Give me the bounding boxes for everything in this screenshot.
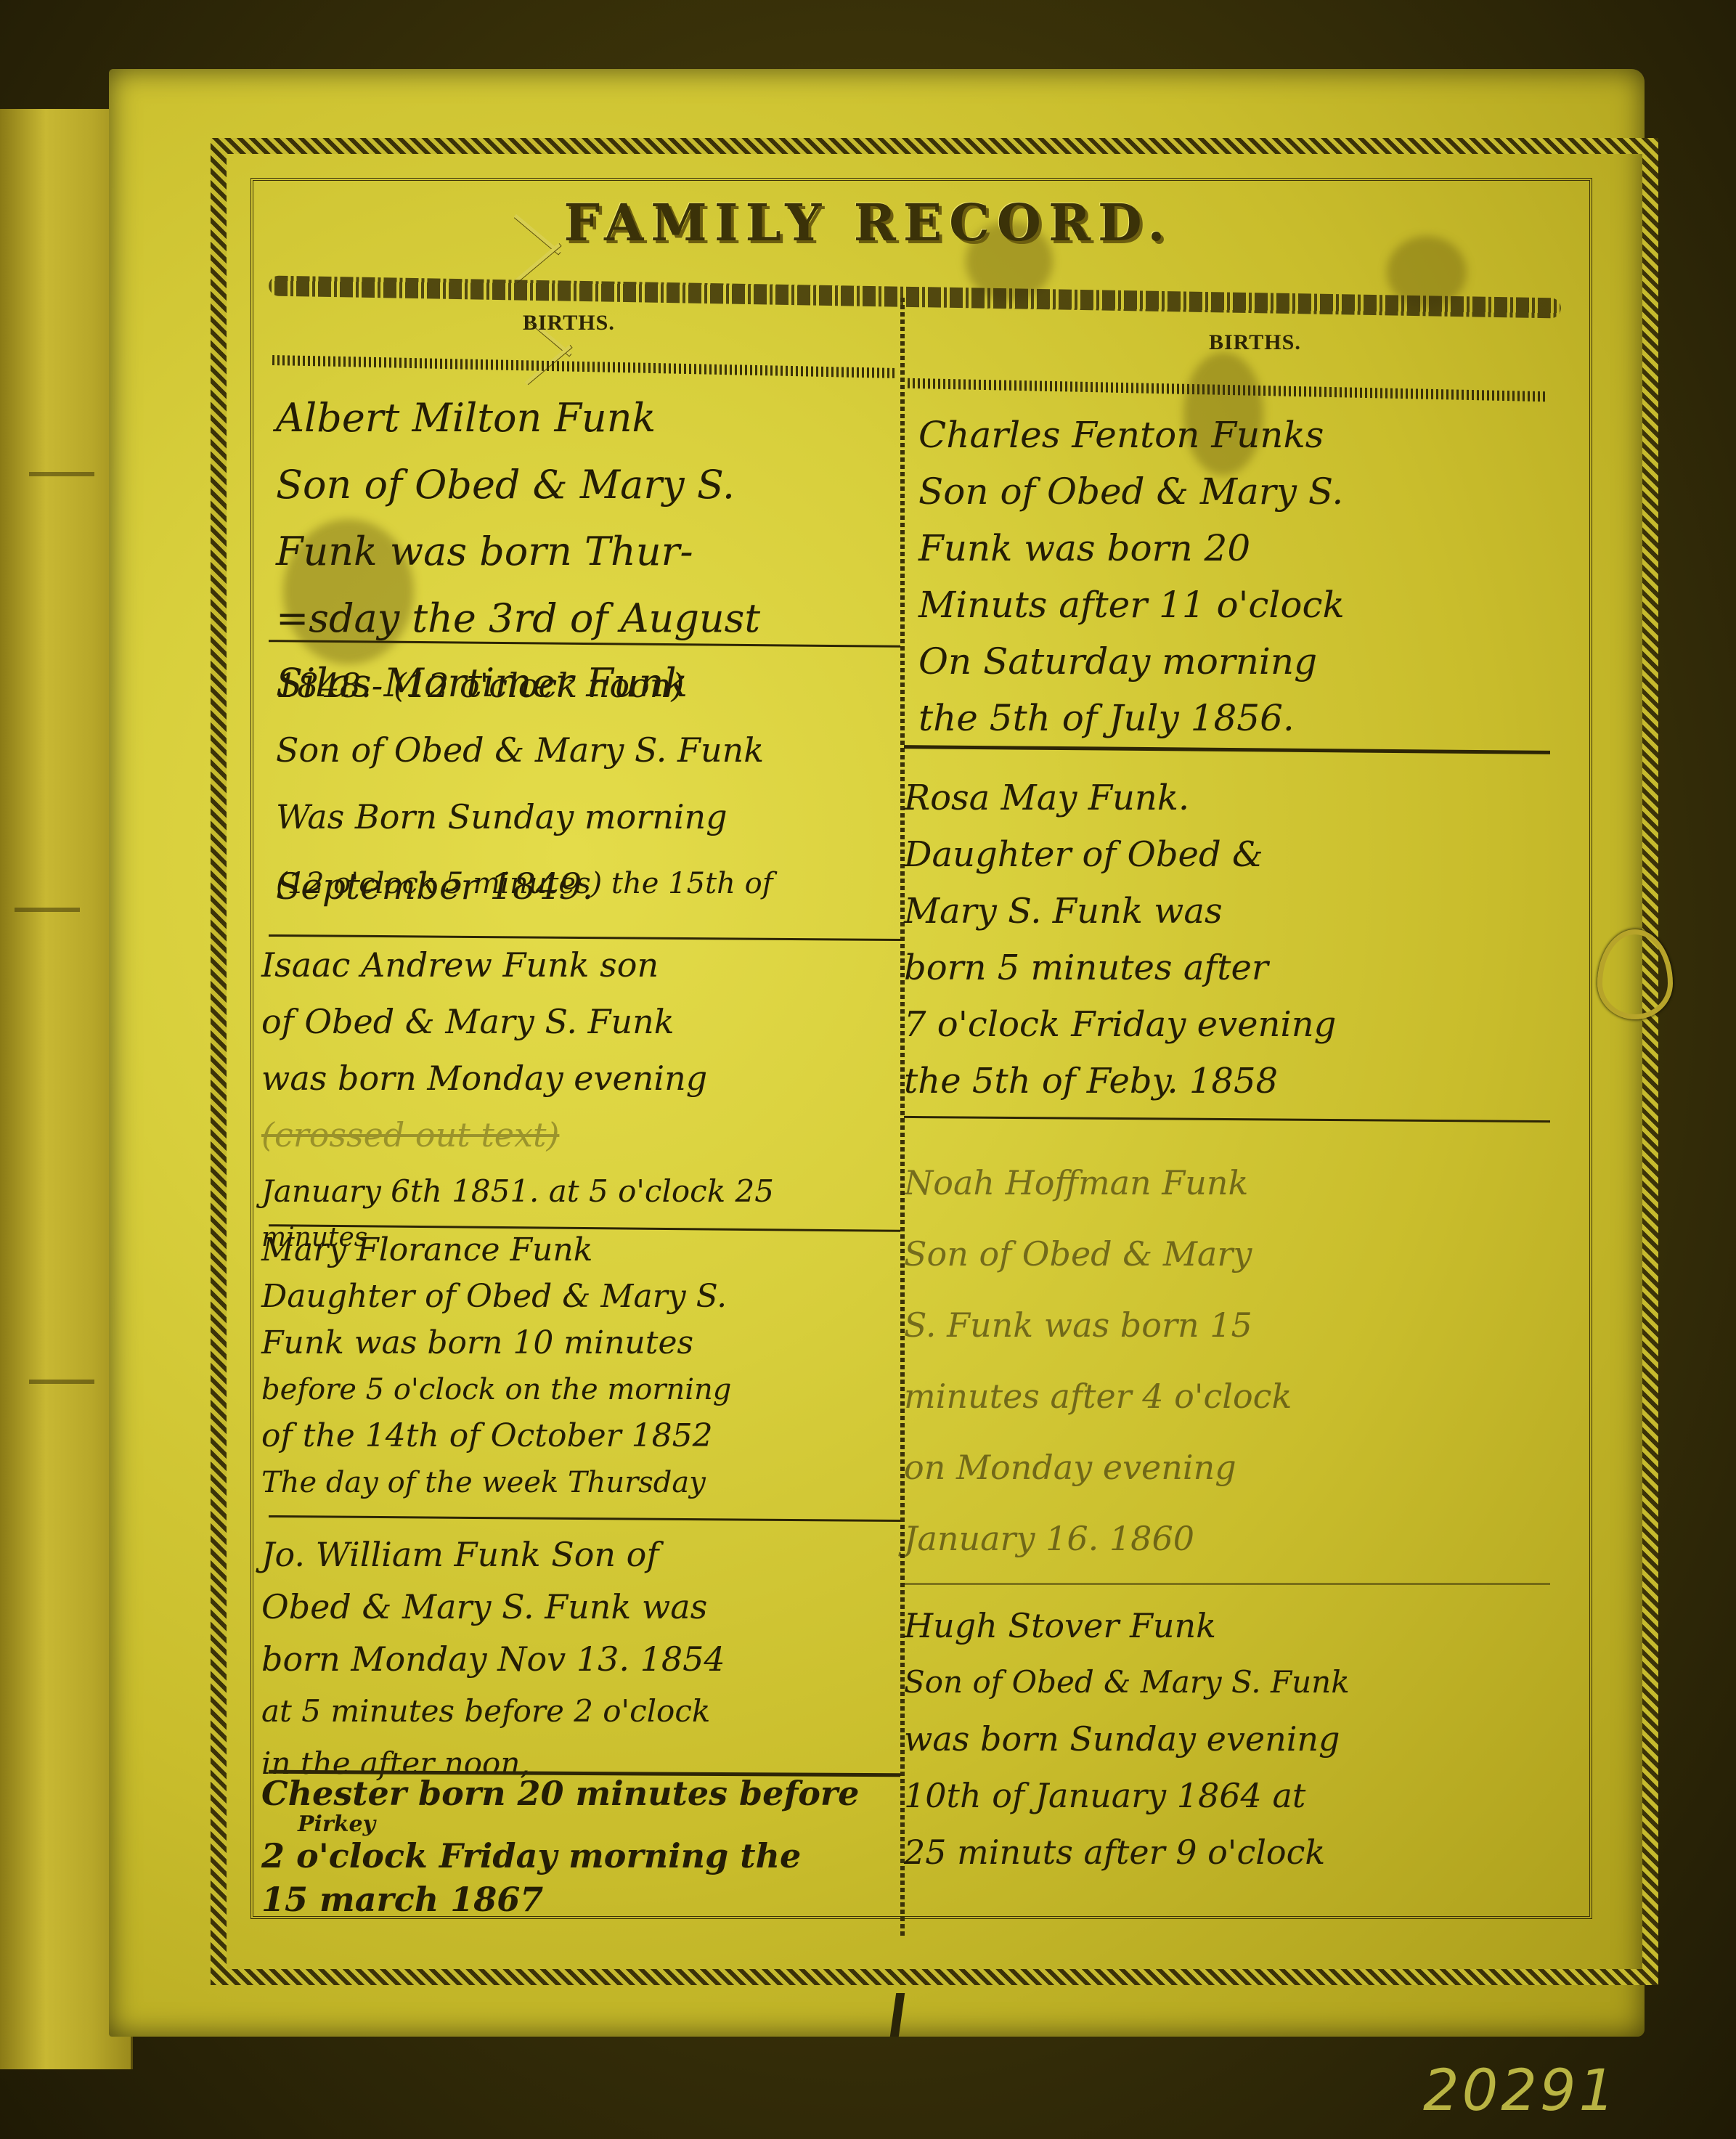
entry-line: Funk was born 10 minutes <box>261 1320 731 1366</box>
entry-line: Isaac Andrew Funk son <box>261 937 774 993</box>
entry-line: Son of Obed & Mary S. Funk <box>904 1654 1350 1711</box>
entry-line: born 5 minutes after <box>904 940 1336 996</box>
catalog-number: 20291 <box>1423 2058 1618 2124</box>
birth-entry-charles: Charles Fenton Funks Son of Obed & Mary … <box>918 407 1345 746</box>
birth-entry-silas-date: September 1849. <box>276 853 593 920</box>
entry-separator <box>904 1583 1550 1585</box>
entry-line: January 16. 1860 <box>904 1503 1292 1574</box>
entry-line: Daughter of Obed & <box>904 826 1336 883</box>
entry-line: at 5 minutes before 2 o'clock <box>261 1685 725 1737</box>
birth-entry-isaac: Isaac Andrew Funk son of Obed & Mary S. … <box>261 937 774 1256</box>
entry-line: On Saturday morning <box>918 633 1345 690</box>
tear-mark <box>29 1380 94 1384</box>
birth-entry-noah: Noah Hoffman Funk Son of Obed & Mary S. … <box>904 1147 1292 1574</box>
entry-line: Noah Hoffman Funk <box>904 1147 1292 1218</box>
entry-line: Chester born 20 minutes before <box>261 1772 859 1815</box>
entry-line: 7 o'clock Friday evening <box>904 996 1336 1053</box>
entry-line: January 6th 1851. at 5 o'clock 25 <box>261 1163 774 1220</box>
birth-entry-rosa: Rosa May Funk. Daughter of Obed & Mary S… <box>904 770 1336 1109</box>
entry-line: Was Born Sunday morning <box>276 783 773 850</box>
entry-line: Son of Obed & Mary S. <box>918 463 1345 520</box>
entry-line: of the 14th of October 1852 <box>261 1413 731 1459</box>
entry-line: Son of Obed & Mary S. <box>276 452 760 518</box>
entry-line: Son of Obed & Mary <box>904 1218 1292 1289</box>
birth-entry-chester: Chester born 20 minutes before Pirkey 2 … <box>261 1772 859 1921</box>
birth-entry-jo-william: Jo. William Funk Son of Obed & Mary S. F… <box>261 1528 725 1790</box>
tear-mark <box>29 472 94 476</box>
birth-entry-mary: Mary Florance Funk Daughter of Obed & Ma… <box>261 1227 731 1506</box>
entry-line: of Obed & Mary S. Funk <box>261 993 774 1050</box>
entry-line: Pirkey <box>261 1815 859 1834</box>
entry-line: the 5th of Feby. 1858 <box>904 1053 1336 1109</box>
entry-line: Albert Milton Funk <box>276 385 760 452</box>
entry-line: 25 minuts after 9 o'clock <box>904 1824 1350 1881</box>
entry-line: S. Funk was born 15 <box>904 1289 1292 1361</box>
entry-line: Daughter of Obed & Mary S. <box>261 1274 731 1320</box>
page-title: FAMILY RECORD. <box>0 192 1736 253</box>
crossed-out-line: (crossed out text) <box>261 1107 774 1163</box>
entry-line: 10th of January 1864 at <box>904 1767 1350 1824</box>
entry-line: Mary S. Funk was <box>904 883 1336 940</box>
entry-line: Charles Fenton Funks <box>918 407 1345 463</box>
entry-line: the 5th of July 1856. <box>918 690 1345 746</box>
birth-entry-hugh: Hugh Stover Funk Son of Obed & Mary S. F… <box>904 1597 1350 1881</box>
entry-line: Jo. William Funk Son of <box>261 1528 725 1581</box>
entry-line: Minuts after 11 o'clock <box>918 576 1345 633</box>
entry-line: Funk was born Thur- <box>276 518 760 585</box>
entry-line: minutes after 4 o'clock <box>904 1361 1292 1432</box>
entry-line: Silas Mortimer Funk <box>276 650 773 717</box>
entry-line: Hugh Stover Funk <box>904 1597 1350 1654</box>
entry-line: born Monday Nov 13. 1854 <box>261 1633 725 1685</box>
entry-line: Son of Obed & Mary S. Funk <box>276 717 773 783</box>
entry-line: was born Sunday evening <box>904 1711 1350 1767</box>
entry-line: Mary Florance Funk <box>261 1227 731 1274</box>
entry-line: before 5 o'clock on the morning <box>261 1366 731 1413</box>
entry-line: on Monday evening <box>904 1432 1292 1503</box>
entry-line: 2 o'clock Friday morning the <box>261 1834 859 1878</box>
entry-line: Obed & Mary S. Funk was <box>261 1581 725 1633</box>
entry-line: Rosa May Funk. <box>904 770 1336 826</box>
entry-line: The day of the week Thursday <box>261 1459 731 1506</box>
entry-line: 15 march 1867 <box>261 1878 859 1921</box>
entry-line: was born Monday evening <box>261 1050 774 1107</box>
entry-line: Funk was born 20 <box>918 520 1345 576</box>
column-label-right: BIRTHS. <box>1209 330 1301 355</box>
tear-mark <box>15 908 80 912</box>
column-label-left: BIRTHS. <box>523 311 615 335</box>
